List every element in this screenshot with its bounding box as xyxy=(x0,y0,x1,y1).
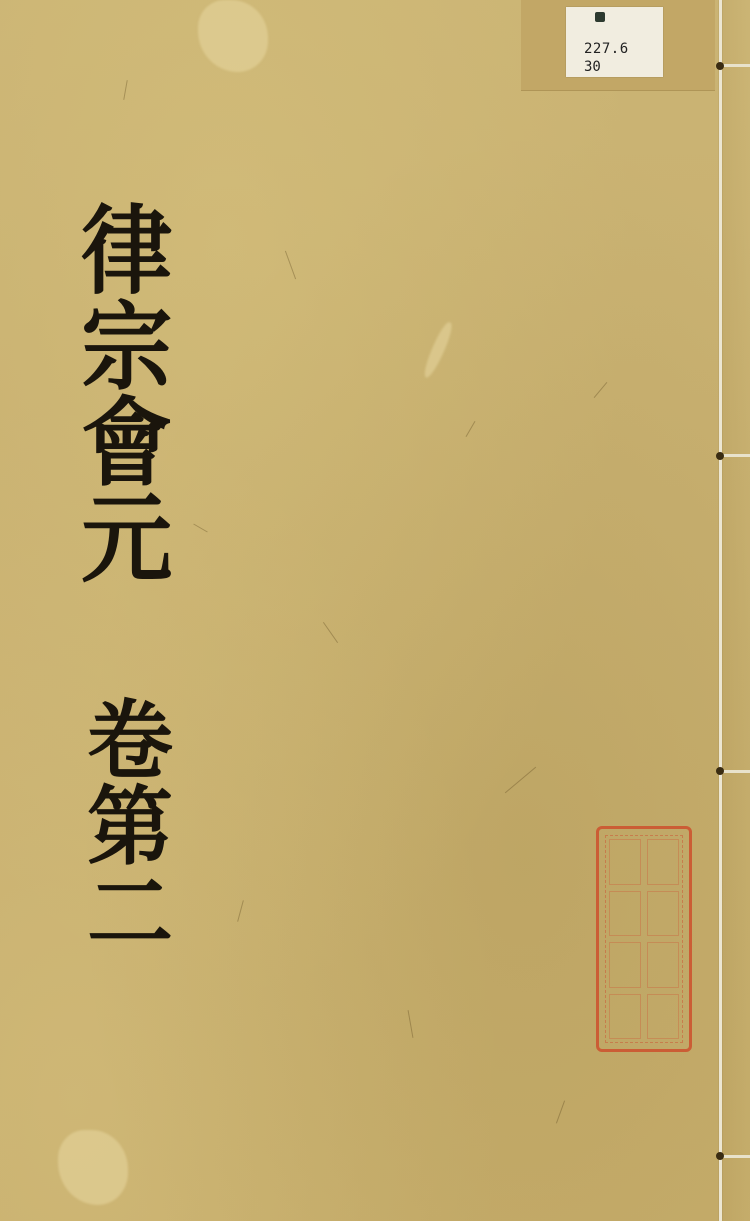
paper-fiber xyxy=(594,382,608,398)
seal-glyph xyxy=(647,891,679,937)
paper-fiber xyxy=(556,1101,565,1124)
stitch-hole xyxy=(716,62,724,70)
stitch-hole xyxy=(716,767,724,775)
seal-inner-frame xyxy=(605,835,683,1043)
seal-glyph xyxy=(647,839,679,885)
paper-fiber xyxy=(408,1010,414,1038)
paper-fiber xyxy=(466,421,476,437)
binding-thread-vertical xyxy=(719,0,722,1221)
seal-glyph xyxy=(609,891,641,937)
call-number-line1: 227.6 xyxy=(584,40,629,58)
paper-fiber xyxy=(323,622,338,643)
paper-fiber xyxy=(193,524,207,533)
book-title: 律宗會元 xyxy=(55,200,169,584)
binding-thread-horizontal xyxy=(721,64,750,67)
seal-glyph xyxy=(647,994,679,1040)
worn-streak-middle xyxy=(420,320,456,379)
paper-fiber xyxy=(237,900,244,922)
red-seal-stamp xyxy=(596,826,692,1052)
library-emblem-icon xyxy=(595,12,605,22)
call-number-line2: 30 xyxy=(584,58,601,76)
seal-glyph xyxy=(609,839,641,885)
stitch-hole xyxy=(716,452,724,460)
worn-patch-top xyxy=(198,0,268,72)
seal-glyph xyxy=(609,994,641,1040)
paper-fiber xyxy=(505,767,536,793)
stitch-hole xyxy=(716,1152,724,1160)
worn-patch-bottom xyxy=(58,1130,128,1205)
spine-strip xyxy=(722,0,750,1221)
binding-thread-horizontal xyxy=(721,770,750,773)
volume-number: 卷第二 xyxy=(68,695,168,953)
seal-glyph xyxy=(609,942,641,988)
paper-fiber xyxy=(285,251,296,280)
seal-glyph xyxy=(647,942,679,988)
binding-thread-horizontal xyxy=(721,1155,750,1158)
book-cover: 227.6 30 律宗會元 卷第二 xyxy=(0,0,750,1221)
call-number-label: 227.6 30 xyxy=(566,7,663,77)
binding-thread-horizontal xyxy=(721,454,750,457)
paper-fiber xyxy=(123,80,127,100)
